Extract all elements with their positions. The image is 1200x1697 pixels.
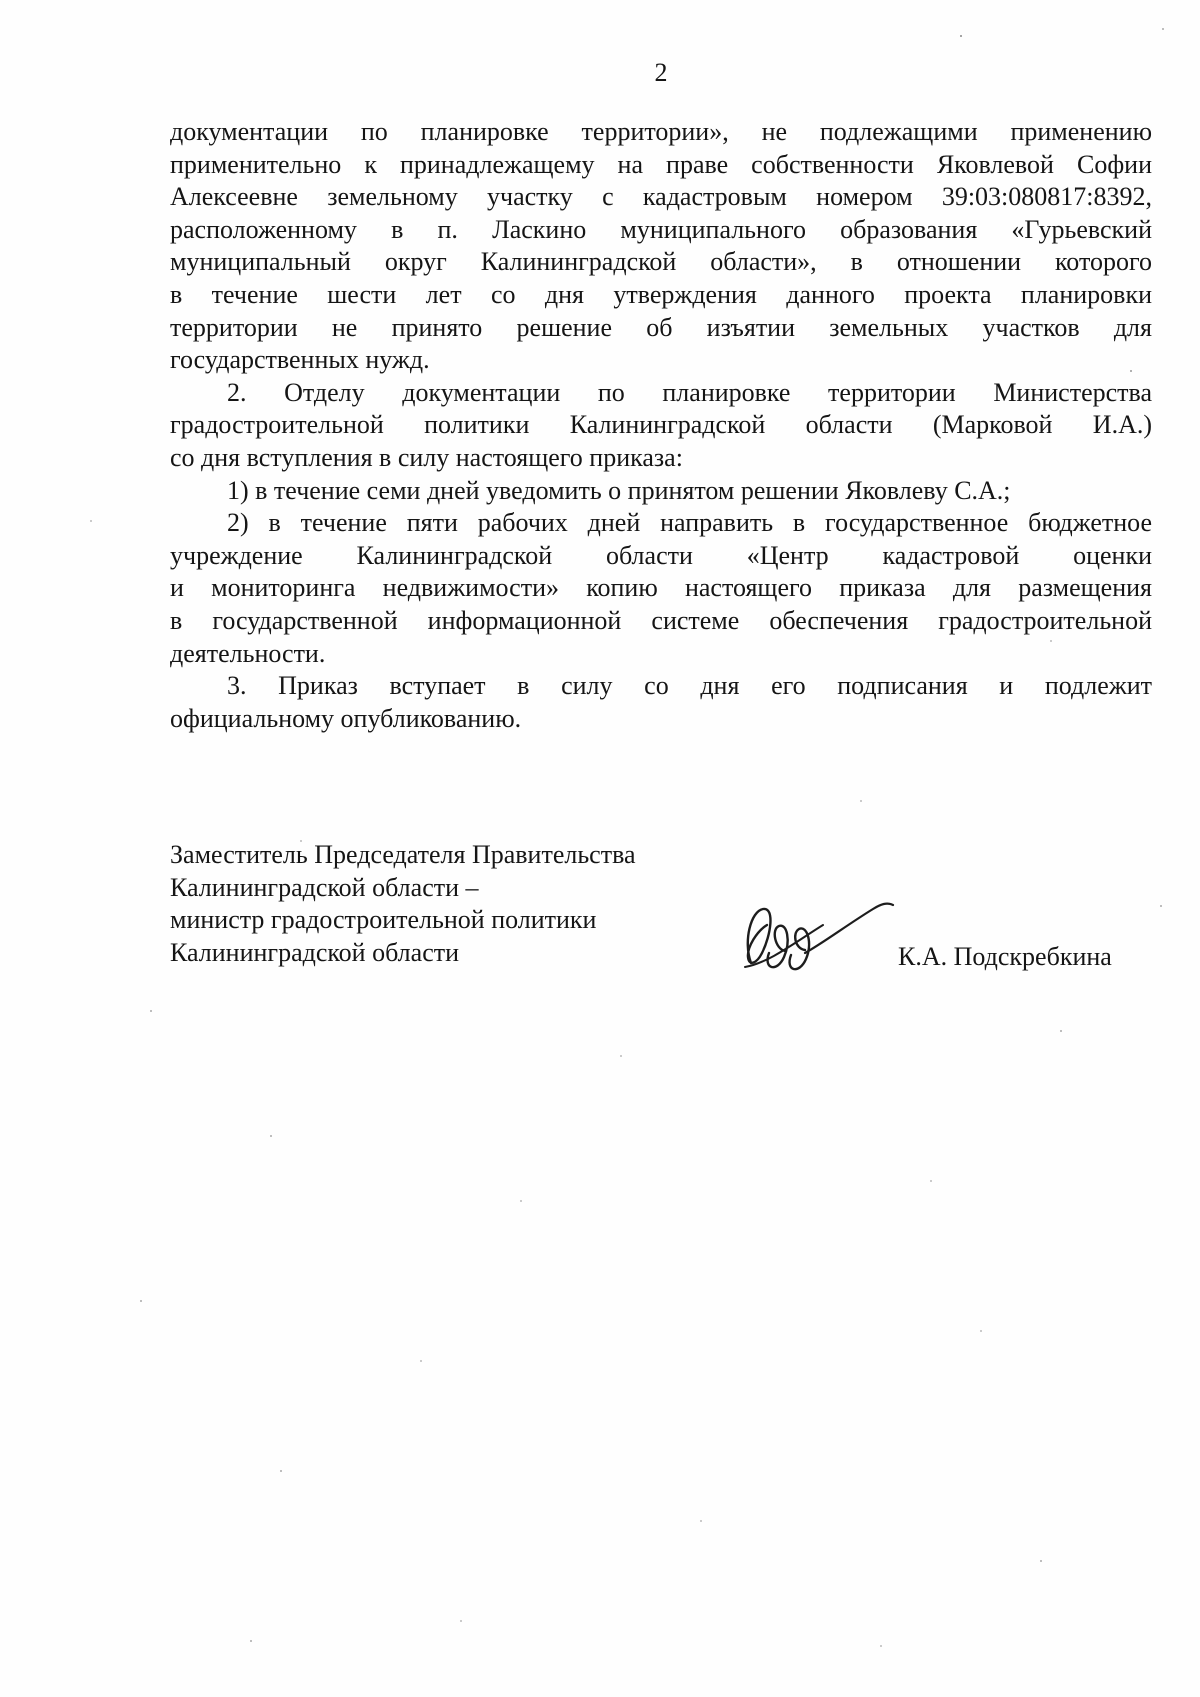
- text-line: документации по планировке территории», …: [170, 116, 1152, 149]
- text-line: государственных нужд.: [170, 344, 1152, 377]
- document-body: документации по планировке территории», …: [170, 116, 1152, 735]
- handwritten-signature-icon: [735, 893, 900, 985]
- paragraph: 3. Приказ вступает в силу со дня его под…: [170, 670, 1152, 735]
- signatory-name: К.А. Подскребкина: [898, 941, 1112, 974]
- document-page: 2 документации по планировке территории»…: [0, 0, 1200, 1697]
- signatory-position: Заместитель Председателя ПравительстваКа…: [170, 839, 790, 969]
- text-line: 3. Приказ вступает в силу со дня его под…: [170, 670, 1152, 703]
- text-line: применительно к принадлежащему на праве …: [170, 149, 1152, 182]
- text-line: официальному опубликованию.: [170, 703, 1152, 736]
- paragraph: 1) в течение семи дней уведомить о приня…: [170, 475, 1152, 508]
- text-line: в течение шести лет со дня утверждения д…: [170, 279, 1152, 312]
- text-line: Алексеевне земельному участку с кадастро…: [170, 181, 1152, 214]
- scan-noise: [0, 0, 2, 2]
- text-line: расположенному в п. Ласкино муниципально…: [170, 214, 1152, 247]
- page-number: 2: [170, 0, 1152, 90]
- text-line: муниципальный округ Калининградской обла…: [170, 246, 1152, 279]
- text-line: территории не принято решение об изъятии…: [170, 312, 1152, 345]
- text-line: деятельности.: [170, 638, 1152, 671]
- text-line: 2. Отделу документации по планировке тер…: [170, 377, 1152, 410]
- paragraph: 2) в течение пяти рабочих дней направить…: [170, 507, 1152, 670]
- paragraph: документации по планировке территории», …: [170, 116, 1152, 377]
- signature-title-line: Калининградской области –: [170, 872, 790, 905]
- signature-title-line: Калининградской области: [170, 937, 790, 970]
- text-line: градостроительной политики Калининградск…: [170, 409, 1152, 442]
- signature-block: Заместитель Председателя ПравительстваКа…: [170, 839, 1152, 971]
- paragraph: 2. Отделу документации по планировке тер…: [170, 377, 1152, 475]
- text-line: учреждение Калининградской области «Цент…: [170, 540, 1152, 573]
- text-line: 1) в течение семи дней уведомить о приня…: [170, 475, 1152, 508]
- text-line: в государственной информационной системе…: [170, 605, 1152, 638]
- text-line: 2) в течение пяти рабочих дней направить…: [170, 507, 1152, 540]
- signature-title-line: Заместитель Председателя Правительства: [170, 839, 790, 872]
- text-line: со дня вступления в силу настоящего прик…: [170, 442, 1152, 475]
- text-line: и мониторинга недвижимости» копию настоя…: [170, 572, 1152, 605]
- signature-title-line: министр градостроительной политики: [170, 904, 790, 937]
